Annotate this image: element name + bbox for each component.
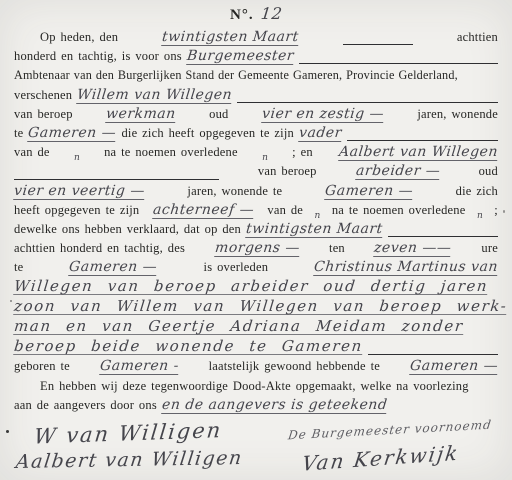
printed-text: die zich heeft opgegeven te zijn (121, 126, 294, 141)
printed-text: ten (329, 241, 345, 256)
handwritten-entry: werkman (105, 107, 176, 123)
document-line: achttien honderd en tachtig, desmorgens … (14, 241, 498, 260)
handwritten-entry: Gameren — (28, 126, 118, 142)
handwritten-insert: n (315, 211, 321, 221)
printed-text: oud (479, 164, 498, 179)
handwritten-entry: Gameren - (99, 359, 179, 375)
printed-text: jaren, wonende te (187, 184, 282, 199)
printed-text: te (14, 126, 23, 141)
blank-rule (388, 235, 498, 237)
official-signatures: De Burgemeester voornoemd Van Kerkwijk (288, 423, 496, 469)
document-line: aan de aangevers door onsen de aangevers… (14, 398, 498, 417)
printed-text: achttien (457, 30, 498, 45)
handwritten-entry: twintigsten Maart (245, 222, 383, 238)
death-certificate-page: N°.12Op heden, dentwintigsten Maartachtt… (0, 0, 512, 480)
blank-rule (347, 139, 498, 141)
handwritten-insert: n (262, 153, 268, 163)
handwritten-entry: vier en zestig — (261, 107, 385, 123)
document-body: N°.12Op heden, dentwintigsten Maartachtt… (14, 6, 498, 417)
handwritten-entry: en de aangevers is geteekend (161, 398, 388, 414)
signature-declarant-1: W van Willigen (33, 417, 244, 448)
printed-text: dewelke ons hebben verklaard, dat op den (14, 222, 241, 237)
printed-text: van beroep (14, 107, 73, 122)
scan-speck (6, 430, 9, 433)
printed-text: is overleden (204, 260, 269, 275)
signature-declarant-2: Aalbert van Willigen (15, 447, 244, 473)
handwritten-entry: achterneef — (152, 203, 255, 219)
document-line: En hebben wij deze tegenwoordige Dood-Ak… (14, 379, 498, 398)
printed-text: die zich (456, 184, 498, 199)
printed-text: ; (494, 203, 498, 218)
declarant-signatures: W van Willigen Aalbert van Willigen (16, 421, 243, 471)
handwritten-entry: vader (298, 126, 342, 142)
printed-text: oud (209, 107, 228, 122)
document-line: teGameren —die zich heeft opgegeven te z… (14, 126, 498, 145)
document-line: honderd en tachtig, is voor onsBurgemees… (14, 49, 498, 68)
handwritten-entry: 12 (260, 6, 283, 21)
handwritten-entry: arbeider — (355, 164, 441, 180)
document-line: van denna te noemen overledenen; enAalbe… (14, 145, 498, 164)
document-line: van beroeparbeider —oud (14, 164, 498, 183)
printed-text: na te noemen overledene (104, 145, 238, 160)
document-line: geboren teGameren -laatstelijk gewoond h… (14, 359, 498, 378)
document-line: Op heden, dentwintigsten Maartachttien (14, 30, 498, 49)
document-line: verschenenWillem van Willegen (14, 88, 498, 107)
handwritten-entry: man en van Geertje Adriana Meidam zonder (13, 319, 464, 335)
signature-block: W van Willigen Aalbert van Willigen De B… (14, 421, 498, 471)
handwritten-entry: Christinus Martinus van (313, 260, 498, 276)
printed-text: Ambtenaar van den Burgerlijken Stand der… (14, 68, 458, 83)
printed-text: N°. (230, 7, 254, 24)
printed-text: En hebben wij deze tegenwoordige Dood-Ak… (40, 379, 469, 394)
blank-rule (14, 178, 219, 180)
printed-text: verschenen (14, 88, 72, 103)
printed-text: honderd en tachtig, is voor ons (14, 49, 182, 64)
printed-text: ure (481, 241, 498, 256)
printed-text: heeft opgegeven te zijn (14, 203, 139, 218)
printed-text: jaren, wonende (417, 107, 498, 122)
printed-text: van beroep (258, 164, 317, 179)
handwritten-entry: zoon van Willem van Willegen van beroep … (13, 299, 508, 315)
handwritten-insert: n (74, 153, 80, 163)
handwritten-entry: Aalbert van Willegen (338, 145, 498, 161)
document-line: Ambtenaar van den Burgerlijken Stand der… (14, 68, 498, 87)
document-line: vier en veertig —jaren, wonende teGamere… (14, 184, 498, 203)
scan-speck (10, 300, 12, 302)
printed-text: Op heden, den (40, 30, 118, 45)
handwritten-entry: morgens — (214, 241, 300, 257)
handwritten-entry: beroep beide wonende te Gameren (13, 339, 363, 355)
printed-text: aan de aangevers door ons (14, 398, 157, 413)
document-line: van beroepwerkmanoudvier en zestig —jare… (14, 107, 498, 126)
handwritten-insert: n (477, 211, 483, 221)
document-line: heeft opgegeven te zijnachterneef —van d… (14, 203, 498, 222)
handwritten-entry: twintigsten Maart (161, 30, 299, 46)
signature-burgemeester: Van Kerkwijk (301, 438, 494, 476)
handwritten-entry: Gameren — (324, 184, 414, 200)
document-line: dewelke ons hebben verklaard, dat op den… (14, 222, 498, 241)
printed-text: te (14, 260, 23, 275)
printed-text: laatstelijk gewoond hebbende te (209, 359, 380, 374)
blank-rule (237, 101, 498, 103)
handwritten-entry: Burgemeester (186, 49, 295, 65)
printed-text: geboren te (14, 359, 70, 374)
handwritten-entry: zeven —— (374, 241, 453, 257)
handwritten-entry: Gameren — (409, 359, 499, 375)
blank-rule (368, 353, 498, 355)
scan-speck (503, 210, 505, 213)
blank-rule (299, 62, 498, 64)
burgemeester-title-handwritten: De Burgemeester voornoemd (287, 418, 492, 443)
handwritten-entry: Willegen van beroep arbeider oud dertig … (13, 279, 489, 295)
handwritten-entry: vier en veertig — (13, 184, 145, 200)
printed-text: na te noemen overledene (332, 203, 466, 218)
document-line: beroep beide wonende te Gameren (14, 339, 498, 359)
printed-text: van de (267, 203, 303, 218)
handwritten-entry: Willem van Willegen (76, 88, 233, 104)
printed-text: achttien honderd en tachtig, des (14, 241, 185, 256)
printed-text: ; en (292, 145, 313, 160)
printed-text: van de (14, 145, 50, 160)
blank-rule (343, 43, 413, 45)
handwritten-entry: Gameren — (69, 260, 159, 276)
document-line: N°.12 (14, 6, 498, 28)
